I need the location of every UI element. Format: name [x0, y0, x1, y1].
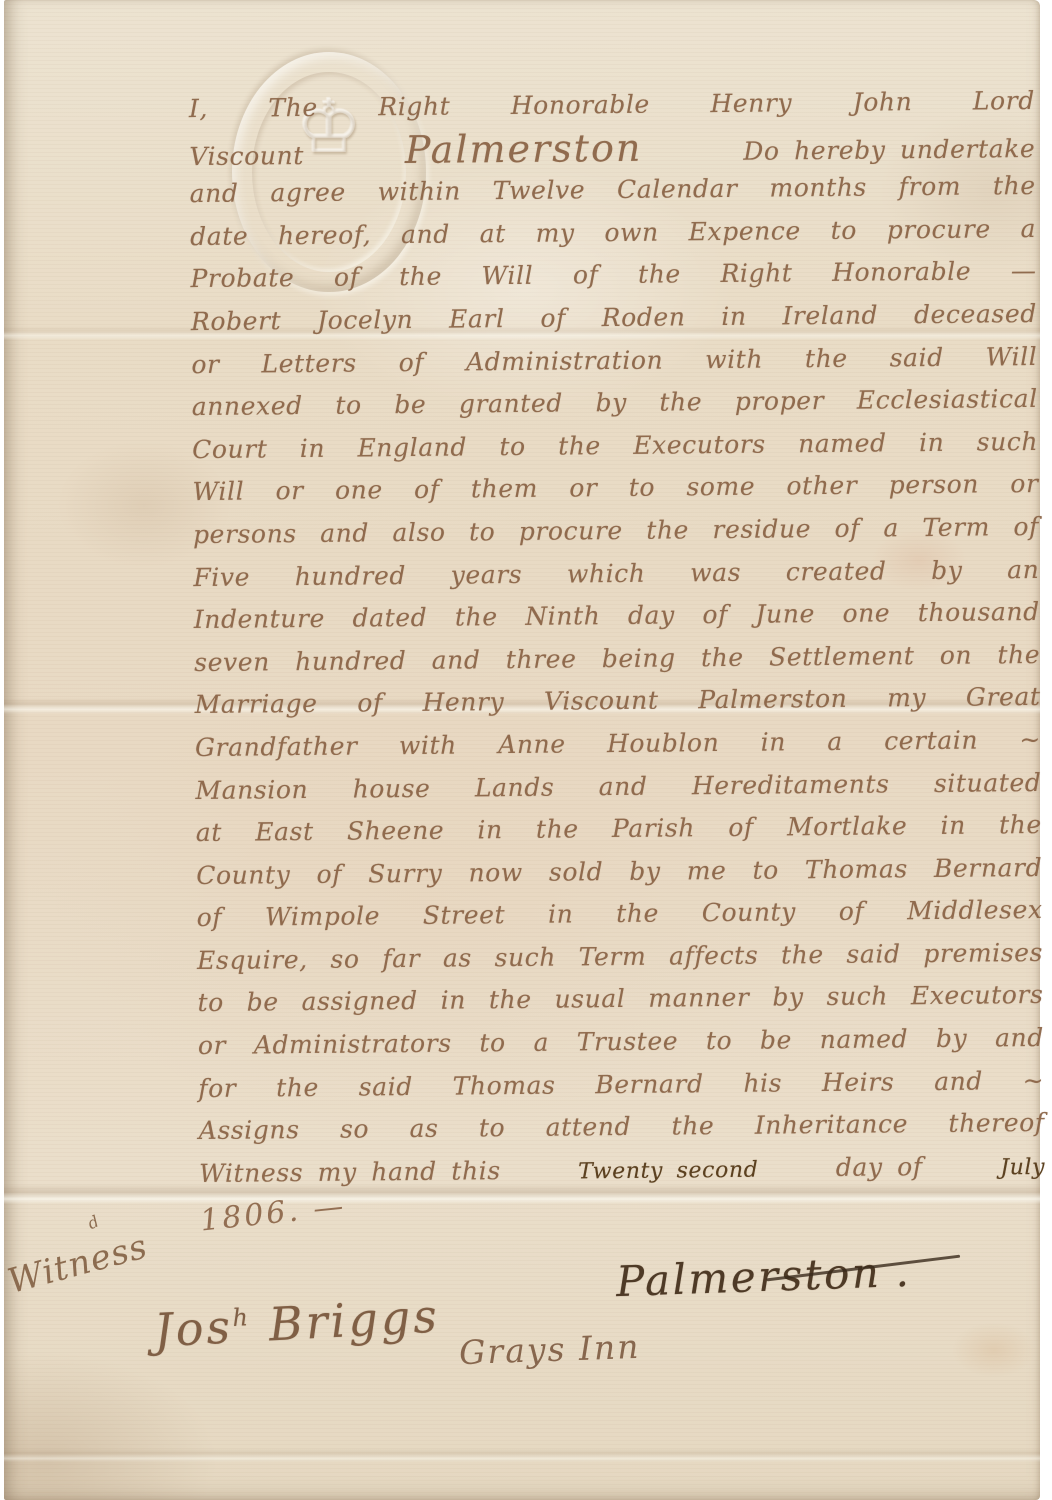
palmerston-signature: Palmerston.: [615, 1247, 912, 1306]
document-paper: ♔ I, The Right Honorable Henry John Lord…: [4, 0, 1040, 1500]
witness-superscript-mark: d: [85, 1211, 103, 1233]
date-line: Witness my hand this Twenty second day o…: [199, 1145, 1045, 1196]
witness-label: d Witness: [4, 1226, 152, 1302]
manuscript-text: I, The Right Honorable Henry John Lord V…: [189, 80, 1046, 1196]
manuscript-line: Grandfather with Anne Houblon in a certa…: [195, 719, 1041, 770]
manuscript-line: or Administrators to a Trustee to be nam…: [198, 1017, 1044, 1068]
fold-crease: [4, 1448, 1040, 1462]
witness-word: Witness: [4, 1226, 152, 1302]
date-prefix: Witness my hand this: [199, 1150, 501, 1195]
date-day-inserted: Twenty second: [578, 1150, 759, 1194]
witness-name-post: Briggs: [250, 1289, 441, 1353]
manuscript-line: I, The Right Honorable Henry John Lord: [189, 80, 1035, 131]
witness-name-superscript: h: [232, 1303, 252, 1332]
date-month-inserted: July: [1000, 1147, 1045, 1190]
witness-name-pre: Jos: [153, 1299, 234, 1357]
manuscript-line: Robert Jocelyn Earl of Roden in Ireland …: [191, 293, 1037, 344]
witness-location: Grays Inn: [458, 1327, 641, 1372]
witness-signature: Josh Briggs: [153, 1289, 441, 1358]
signature-period: .: [894, 1247, 912, 1297]
manuscript-line: persons and also to procure the residue …: [193, 506, 1039, 557]
date-middle: day of: [836, 1146, 923, 1189]
palmerston-signature-text: Palmerston: [615, 1248, 882, 1306]
palmerston-name: Palmerston: [405, 126, 643, 171]
